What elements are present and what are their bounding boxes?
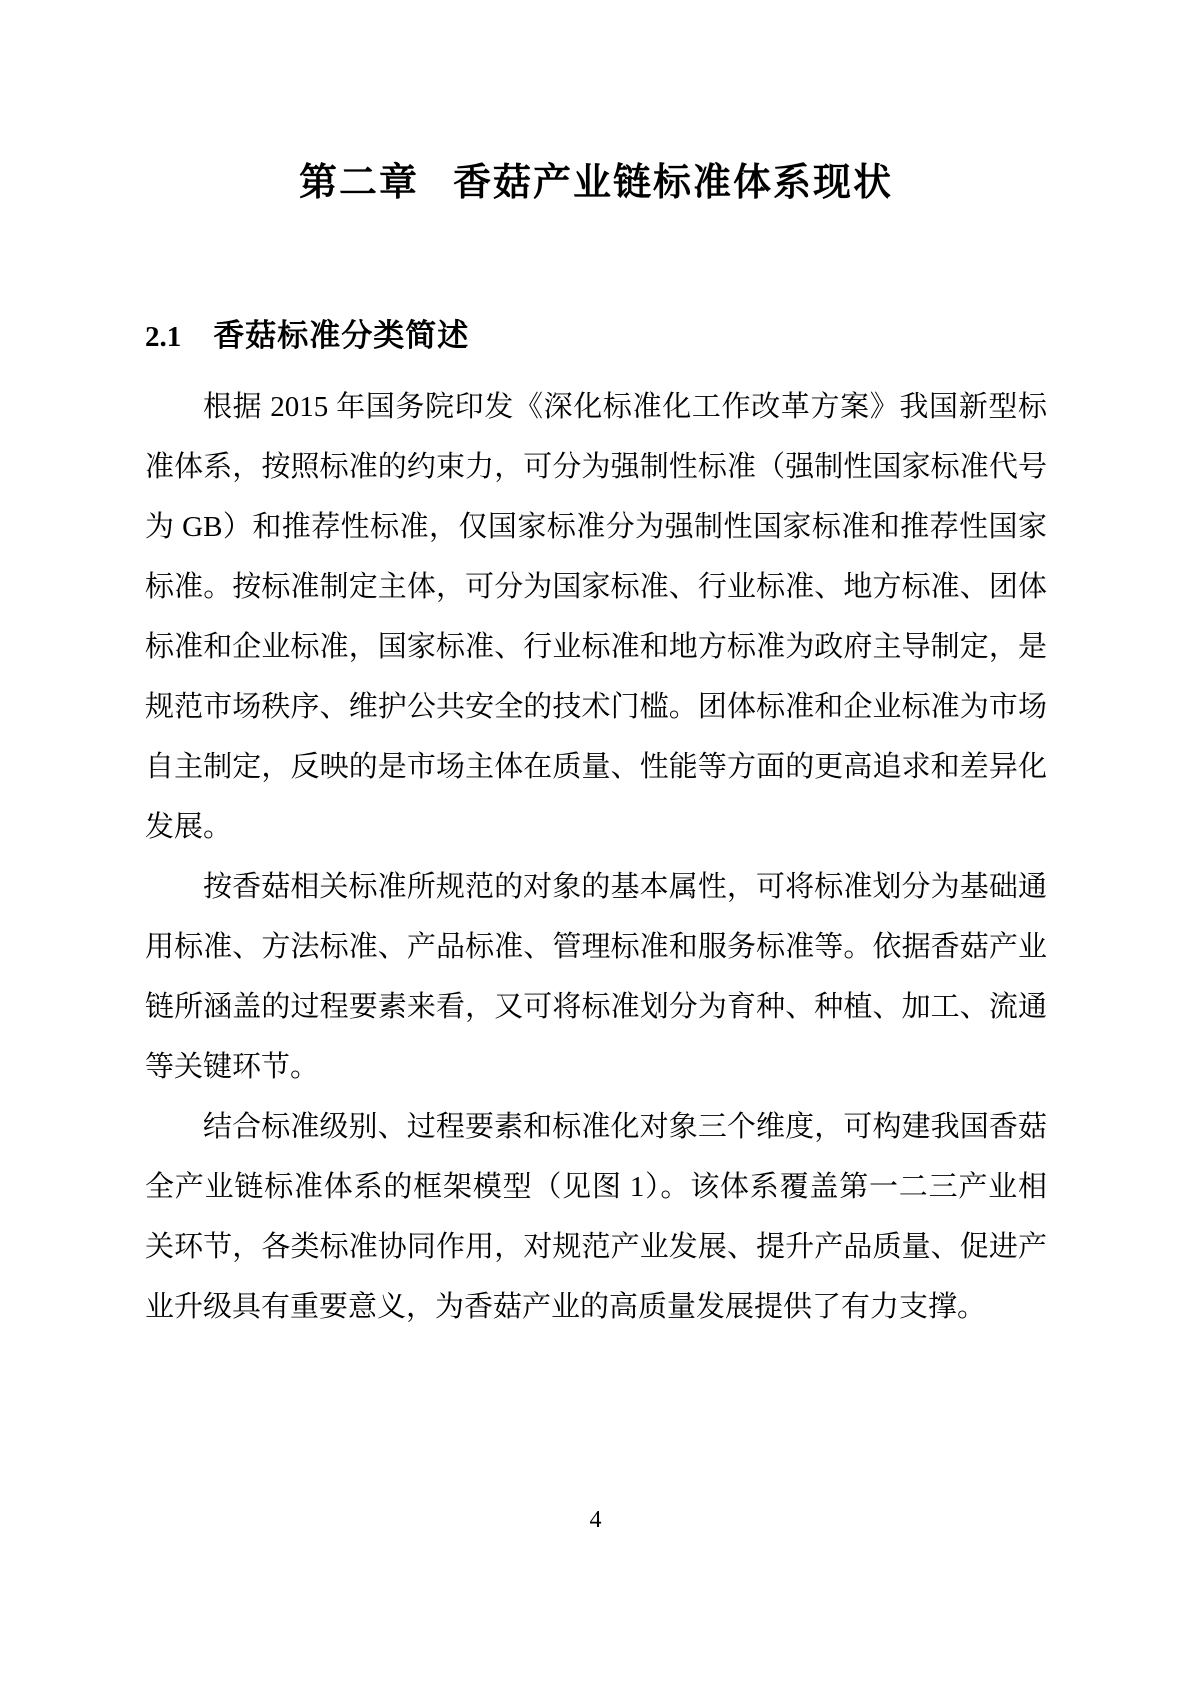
section-title: 香菇标准分类简述: [213, 316, 469, 356]
section-number: 2.1: [145, 317, 181, 357]
chapter-title: 第二章香菇产业链标准体系现状: [145, 160, 1047, 206]
body-paragraph-3: 结合标准级别、过程要素和标准化对象三个维度，可构建我国香菇全产业链标准体系的框架…: [145, 1097, 1047, 1337]
document-page: 第二章香菇产业链标准体系现状 2.1 香菇标准分类简述 根据 2015 年国务院…: [0, 0, 1191, 1684]
chapter-name: 香菇产业链标准体系现状: [453, 162, 893, 204]
page-number: 4: [0, 1506, 1191, 1534]
section-heading: 2.1 香菇标准分类简述: [145, 316, 1047, 357]
body-paragraph-2: 按香菇相关标准所规范的对象的基本属性，可将标准划分为基础通用标准、方法标准、产品…: [145, 857, 1047, 1097]
body-paragraph-1: 根据 2015 年国务院印发《深化标准化工作改革方案》我国新型标准体系，按照标准…: [145, 377, 1047, 857]
page-content: 第二章香菇产业链标准体系现状 2.1 香菇标准分类简述 根据 2015 年国务院…: [145, 0, 1047, 1337]
chapter-number: 第二章: [299, 162, 419, 204]
